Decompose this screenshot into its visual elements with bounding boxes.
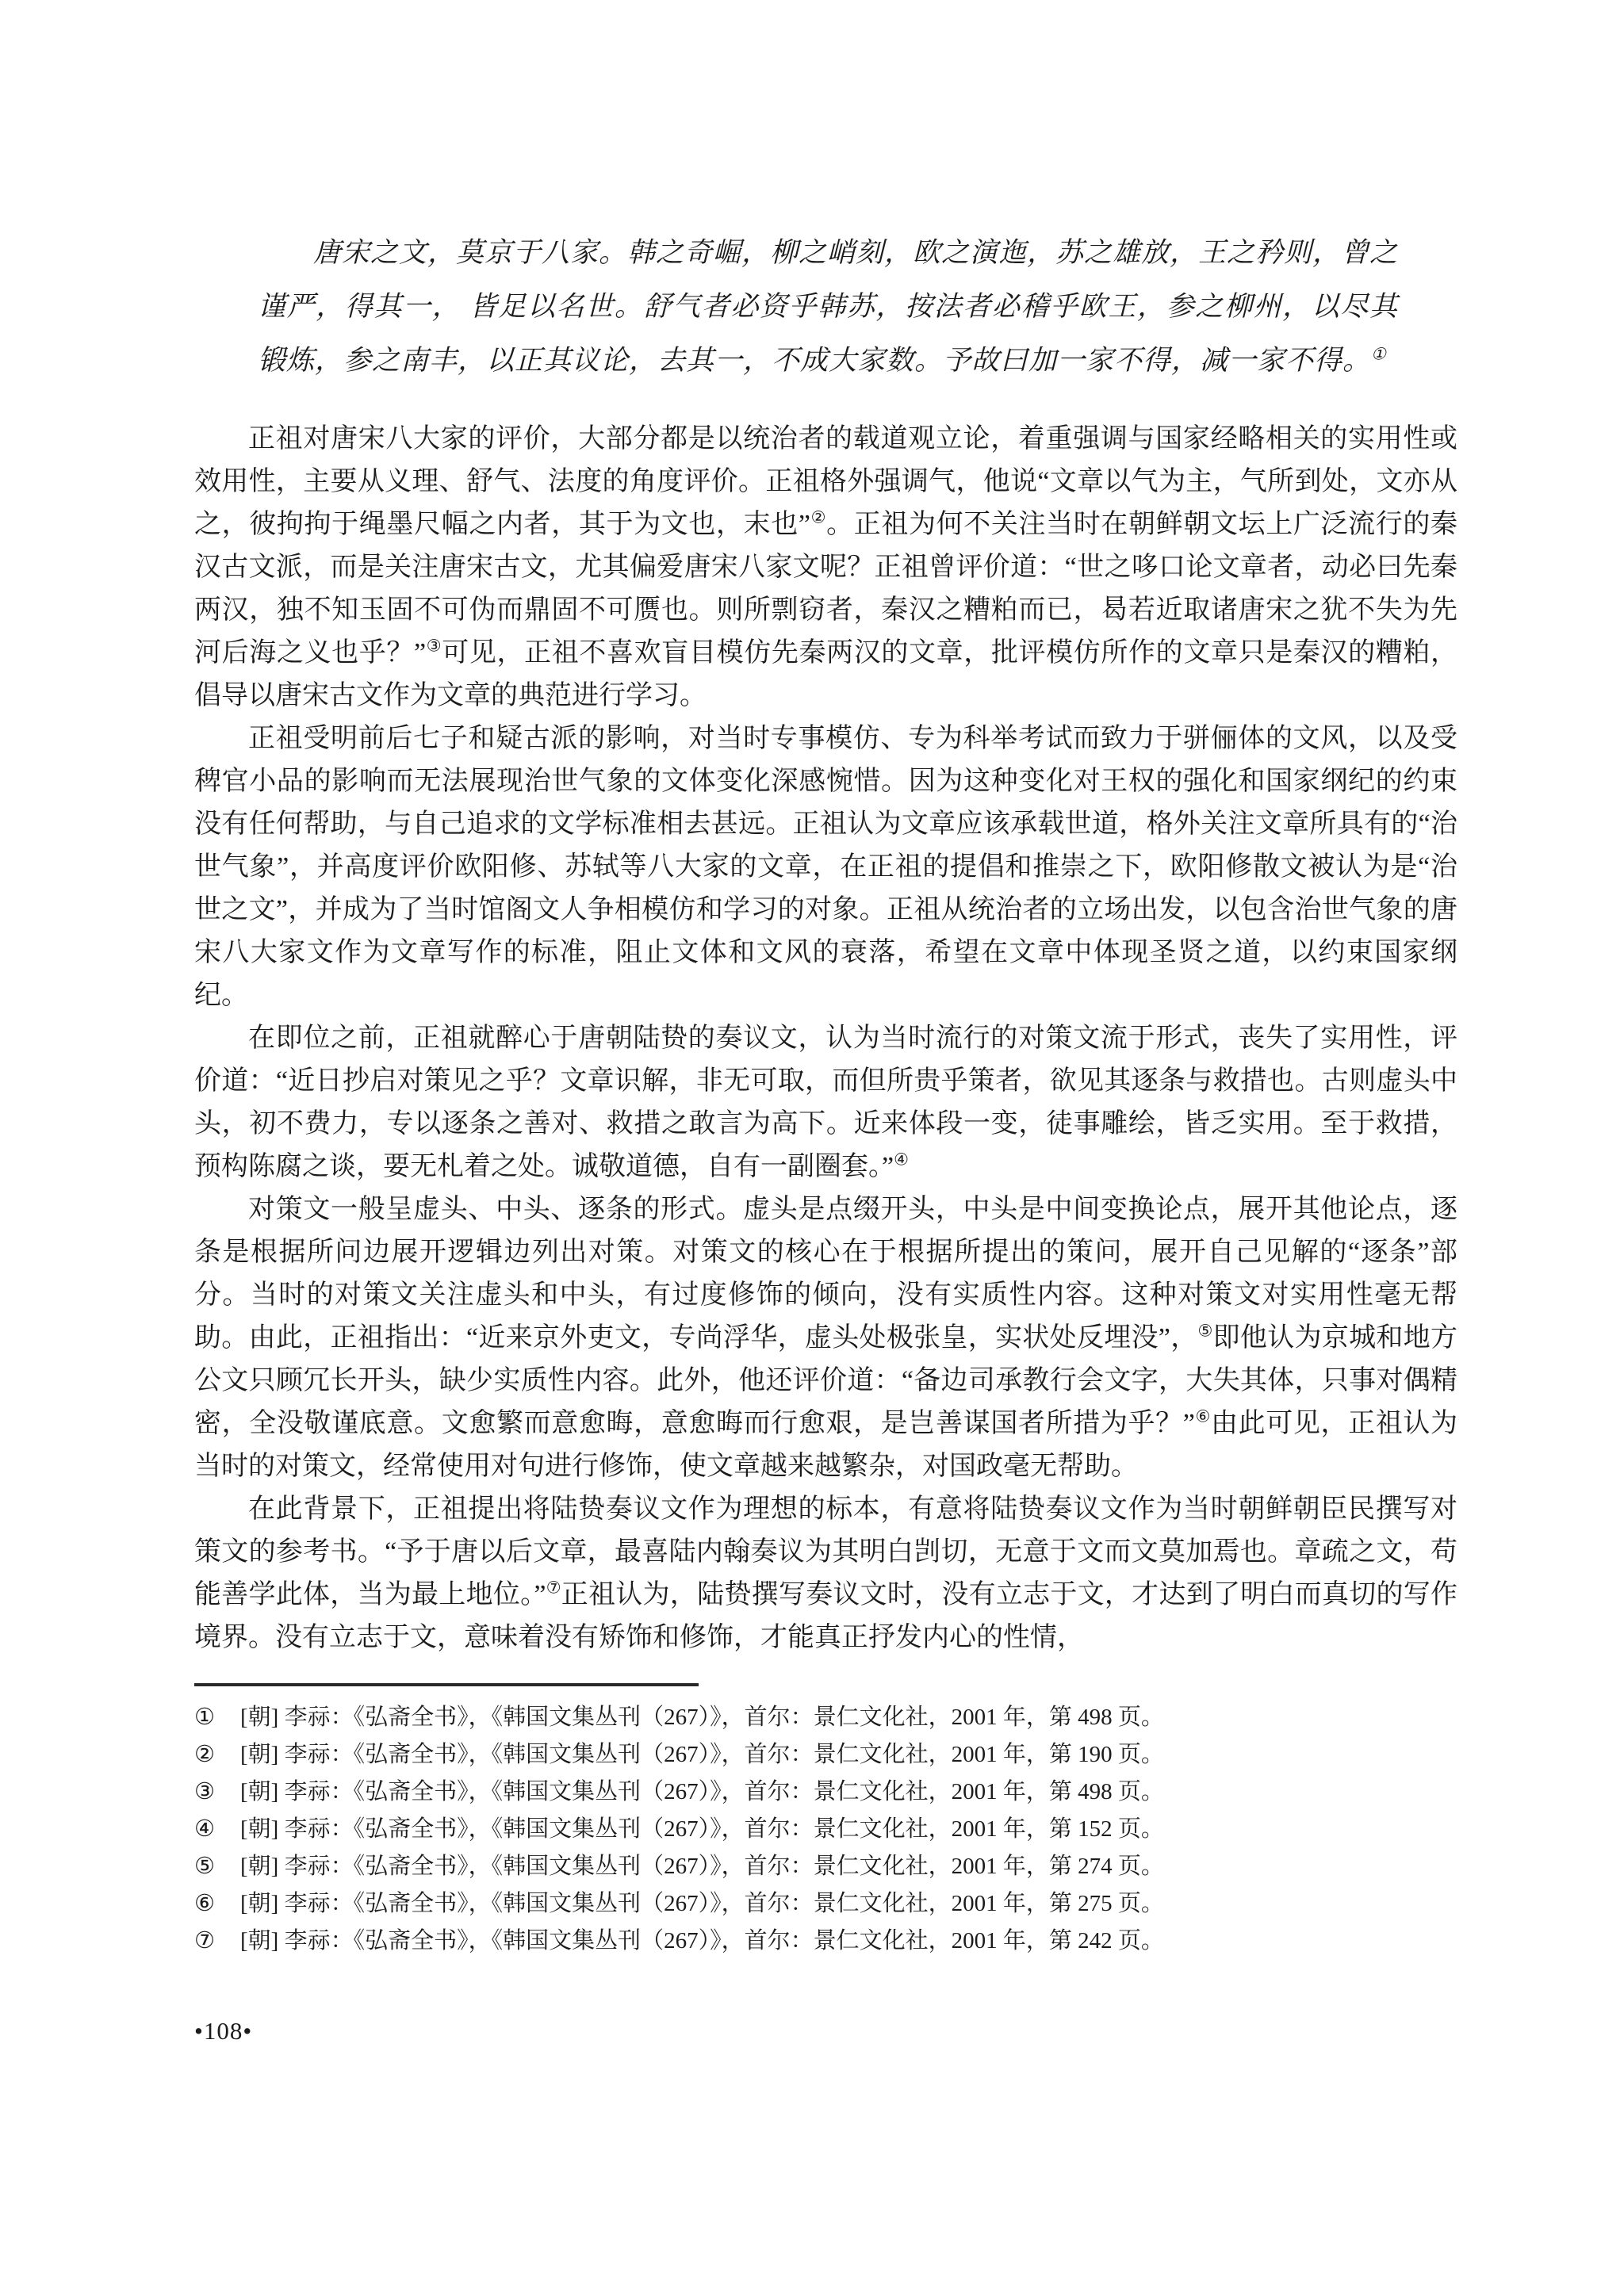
footnote-text: [朝] 李祘：《弘斋全书》，《韩国文集丛刊（267）》，首尔：景仁文化社，200… [240, 1848, 1457, 1885]
footnote-ref: ⑥ [1195, 1407, 1211, 1426]
text-run: 唐宋之文，莫京于八家。韩之奇崛，柳之峭刻，欧之演迤，苏之雄放，王之矜则，曾之谨严… [258, 237, 1398, 376]
footnote-item: ②[朝] 李祘：《弘斋全书》，《韩国文集丛刊（267）》，首尔：景仁文化社，20… [194, 1736, 1457, 1774]
footnote-list: ①[朝] 李祘：《弘斋全书》，《韩国文集丛刊（267）》，首尔：景仁文化社，20… [194, 1699, 1457, 1960]
quote-block: 唐宋之文，莫京于八家。韩之奇崛，柳之峭刻，欧之演迤，苏之雄放，王之矜则，曾之谨严… [258, 226, 1398, 388]
footnote-ref: ⑦ [546, 1578, 561, 1598]
footnote-ref: ④ [894, 1150, 909, 1169]
paragraph: 对策文一般呈虚头、中头、逐条的形式。虚头是点缀开头，中头是中间变换论点，展开其他… [194, 1188, 1457, 1488]
footnote-text: [朝] 李祘：《弘斋全书》，《韩国文集丛刊（267）》，首尔：景仁文化社，200… [240, 1811, 1457, 1848]
footnote-item: ④[朝] 李祘：《弘斋全书》，《韩国文集丛刊（267）》，首尔：景仁文化社，20… [194, 1811, 1457, 1848]
body-text: 正祖对唐宋八大家的评价，大部分都是以统治者的载道观立论，着重强调与国家经略相关的… [194, 418, 1457, 1659]
footnote-marker: ⑥ [194, 1885, 240, 1923]
footnote-separator [194, 1683, 699, 1686]
footnote-marker: ② [194, 1736, 240, 1774]
footnote-marker: ⑦ [194, 1923, 240, 1960]
footnote-text: [朝] 李祘：《弘斋全书》，《韩国文集丛刊（267）》，首尔：景仁文化社，200… [240, 1885, 1457, 1923]
footnote-item: ⑦[朝] 李祘：《弘斋全书》，《韩国文集丛刊（267）》，首尔：景仁文化社，20… [194, 1923, 1457, 1960]
footnote-item: ③[朝] 李祘：《弘斋全书》，《韩国文集丛刊（267）》，首尔：景仁文化社，20… [194, 1774, 1457, 1811]
page-content: 唐宋之文，莫京于八家。韩之奇崛，柳之峭刻，欧之演迤，苏之雄放，王之矜则，曾之谨严… [0, 0, 1624, 2045]
paragraph: 在即位之前，正祖就醉心于唐朝陆贽的奏议文，认为当时流行的对策文流于形式，丧失了实… [194, 1017, 1457, 1188]
footnote-item: ⑥[朝] 李祘：《弘斋全书》，《韩国文集丛刊（267）》，首尔：景仁文化社，20… [194, 1885, 1457, 1923]
text-run: 正祖受明前后七子和疑古派的影响，对当时专事模仿、专为科举考试而致力于骈俪体的文风… [194, 724, 1457, 1010]
footnote-ref: ③ [426, 637, 442, 656]
footnote-marker: ① [194, 1699, 240, 1736]
footnote-text: [朝] 李祘：《弘斋全书》，《韩国文集丛刊（267）》，首尔：景仁文化社，200… [240, 1699, 1457, 1736]
footnote-item: ⑤[朝] 李祘：《弘斋全书》，《韩国文集丛刊（267）》，首尔：景仁文化社，20… [194, 1848, 1457, 1885]
paragraph: 正祖对唐宋八大家的评价，大部分都是以统治者的载道观立论，着重强调与国家经略相关的… [194, 418, 1457, 717]
footnote-text: [朝] 李祘：《弘斋全书》，《韩国文集丛刊（267）》，首尔：景仁文化社，200… [240, 1923, 1457, 1960]
text-run: 在即位之前，正祖就醉心于唐朝陆贽的奏议文，认为当时流行的对策文流于形式，丧失了实… [194, 1024, 1457, 1181]
footnote-marker: ⑤ [194, 1848, 240, 1885]
footnote-text: [朝] 李祘：《弘斋全书》，《韩国文集丛刊（267）》，首尔：景仁文化社，200… [240, 1774, 1457, 1811]
footnote-ref: ① [1371, 344, 1387, 363]
footnote-item: ①[朝] 李祘：《弘斋全书》，《韩国文集丛刊（267）》，首尔：景仁文化社，20… [194, 1699, 1457, 1736]
footnote-ref: ② [810, 508, 826, 527]
footnote-marker: ④ [194, 1811, 240, 1848]
footnote-text: [朝] 李祘：《弘斋全书》，《韩国文集丛刊（267）》，首尔：景仁文化社，200… [240, 1736, 1457, 1774]
document-page: 唐宋之文，莫京于八家。韩之奇崛，柳之峭刻，欧之演迤，苏之雄放，王之矜则，曾之谨严… [0, 0, 1624, 2296]
footnote-ref: ⑤ [1198, 1322, 1213, 1341]
paragraph: 在此背景下，正祖提出将陆贽奏议文作为理想的标本，有意将陆贽奏议文作为当时朝鲜朝臣… [194, 1488, 1457, 1659]
footnote-marker: ③ [194, 1774, 240, 1811]
page-number: •108• [194, 2017, 1457, 2045]
paragraph: 正祖受明前后七子和疑古派的影响，对当时专事模仿、专为科举考试而致力于骈俪体的文风… [194, 717, 1457, 1017]
